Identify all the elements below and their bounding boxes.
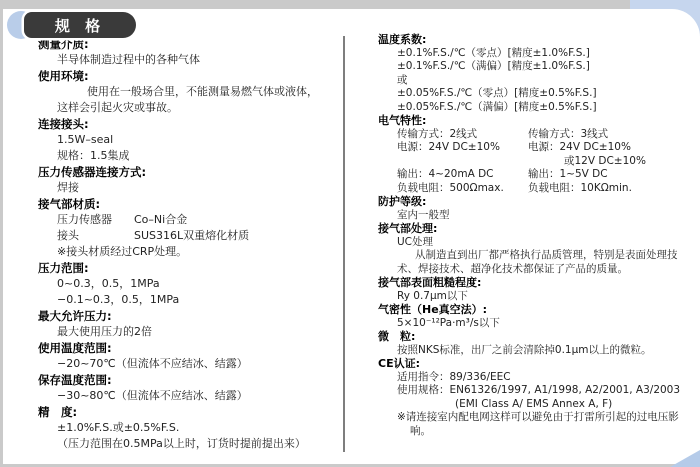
section-title: 接气部表面粗糙程度: <box>378 276 698 290</box>
section-line: 适用指令：89/336/EEC <box>378 371 698 385</box>
section-line: ±0.05%F.S./℃（满偏）[精度±0.5%F.S.] <box>378 101 698 115</box>
section-title: 防护等级: <box>378 195 698 209</box>
section-title: 使用环境: <box>38 68 336 84</box>
sec-particles: 微 粒: 按照NKS标准，出厂之前会清除掉0.1μm以上的微粒。 <box>378 330 698 357</box>
section-title: 温度系数: <box>378 33 698 47</box>
elec-cell <box>397 155 528 169</box>
elec-cell: 电源：24V DC±10% <box>528 141 698 155</box>
sec-gas-contact-treatment: 接气部处理: UC处理 从制造直到出厂都严格执行品质管理，特别是表面处理技术、焊… <box>378 222 698 276</box>
section-title: CE认证: <box>378 357 698 371</box>
corner-fold-decoration <box>670 450 700 467</box>
section-title: 最大允许压力: <box>38 308 336 324</box>
section-title: 压力范围: <box>38 260 336 276</box>
sec-storage-temp: 保存温度范围: −30~80℃（但流体不应结冰、结露） <box>38 372 336 404</box>
elec-cell: 传输方式：3线式 <box>528 128 698 142</box>
elec-cell: 输出：4~20mA DC <box>397 168 528 182</box>
electrical-table: 传输方式：2线式 传输方式：3线式 电源：24V DC±10% 电源：24V D… <box>378 128 698 196</box>
section-line: ±0.1%F.S./℃（零点）[精度±1.0%F.S.] <box>378 47 698 61</box>
sec-wetted-material: 接气部材质: 压力传感器 Co–Ni合金 接头 SUS316L双重熔化材质 ※接… <box>38 196 336 260</box>
sec-ce-certification: CE认证: 适用指令：89/336/EEC 使用规格：EN61326/1997,… <box>378 357 698 438</box>
elec-cell: 传输方式：2线式 <box>397 128 528 142</box>
section-line: 室内一般型 <box>378 209 698 223</box>
section-line: −20~70℃（但流体不应结冰、结露） <box>38 356 336 372</box>
section-line: 这样会引起火灾或事故。 <box>38 100 336 116</box>
section-title: 保存温度范围: <box>38 372 336 388</box>
section-line: ±0.1%F.S./℃（满偏）[精度±1.0%F.S.] <box>378 60 698 74</box>
section-title: 连接接头: <box>38 116 336 132</box>
section-line: ±1.0%F.S.或±0.5%F.S. <box>38 420 336 436</box>
right-column: 温度系数: ±0.1%F.S./℃（零点）[精度±1.0%F.S.] ±0.1%… <box>378 33 698 438</box>
section-title: 使用温度范围: <box>38 340 336 356</box>
section-line: （压力范围在0.5MPa以上时，订货时提前提出来） <box>38 436 336 452</box>
sec-connector: 连接接头: 1.5W–seal 规格：1.5集成 <box>38 116 336 164</box>
section-title: 气密性（He真空法）: <box>378 303 698 317</box>
section-paragraph: 从制造直到出厂都严格执行品质管理，特别是表面处理技术、焊接技术、超净化技术都保证… <box>378 249 698 276</box>
section-line: 压力传感器 Co–Ni合金 <box>38 212 336 228</box>
section-line: 使用规格：EN61326/1997, A1/1998, A2/2001, A3/… <box>378 384 698 398</box>
section-title: 电气特性: <box>378 114 698 128</box>
sec-airtightness: 气密性（He真空法）: 5×10⁻¹²Pa·m³/s以下 <box>378 303 698 330</box>
elec-cell: 电源：24V DC±10% <box>397 141 528 155</box>
sec-protection-class: 防护等级: 室内一般型 <box>378 195 698 222</box>
elec-cell: 负载电阻：10KΩmin. <box>528 182 698 196</box>
sec-sensor-connection: 压力传感器连接方式: 焊接 <box>38 164 336 196</box>
section-line: (EMI Class A/ EMS Annex A, F) <box>378 398 698 412</box>
section-title: 测量介质: <box>38 36 336 52</box>
page-title: 规 格 <box>24 12 136 38</box>
sec-electrical: 电气特性: 传输方式：2线式 传输方式：3线式 电源：24V DC±10% 电源… <box>378 114 698 195</box>
section-line: 1.5W–seal <box>38 132 336 148</box>
section-line: 接头 SUS316L双重熔化材质 <box>38 228 336 244</box>
section-title: 压力传感器连接方式: <box>38 164 336 180</box>
section-line: 规格：1.5集成 <box>38 148 336 164</box>
section-title: 精 度: <box>38 404 336 420</box>
section-line: Ry 0.7μm以下 <box>378 290 698 304</box>
sec-surface-roughness: 接气部表面粗糙程度: Ry 0.7μm以下 <box>378 276 698 303</box>
elec-cell: 负载电阻：500Ωmax. <box>397 182 528 196</box>
sec-pressure-range: 压力范围: 0~0.3，0.5，1MPa −0.1~0.3，0.5，1MPa <box>38 260 336 308</box>
section-title: 接气部材质: <box>38 196 336 212</box>
section-line: 0~0.3，0.5，1MPa <box>38 276 336 292</box>
sec-accuracy: 精 度: ±1.0%F.S.或±0.5%F.S. （压力范围在0.5MPa以上时… <box>38 404 336 452</box>
left-column: 测量介质: 半导体制造过程中的各种气体 使用环境: 使用在一般场合里，不能测量易… <box>38 36 336 452</box>
section-note: ※请连接室内配电网这样可以避免由于打雷所引起的过电压影响。 <box>378 411 698 438</box>
elec-cell: 输出：1~5V DC <box>528 168 698 182</box>
section-line: 焊接 <box>38 180 336 196</box>
section-line: ±0.05%F.S./℃（零点）[精度±0.5%F.S.] <box>378 87 698 101</box>
section-line: −0.1~0.3，0.5，1MPa <box>38 292 336 308</box>
elec-cell: 或12V DC±10% <box>528 155 698 169</box>
section-line: 半导体制造过程中的各种气体 <box>38 52 336 68</box>
section-line: 5×10⁻¹²Pa·m³/s以下 <box>378 317 698 331</box>
section-line: UC处理 <box>378 236 698 250</box>
section-title: 接气部处理: <box>378 222 698 236</box>
section-line: ※接头材质经过CRP处理。 <box>38 244 336 260</box>
sec-measuring-medium: 测量介质: 半导体制造过程中的各种气体 <box>38 36 336 68</box>
page-title-label: 规 格 <box>55 15 105 36</box>
sec-temp-coefficient: 温度系数: ±0.1%F.S./℃（零点）[精度±1.0%F.S.] ±0.1%… <box>378 33 698 114</box>
section-line: 按照NKS标准，出厂之前会清除掉0.1μm以上的微粒。 <box>378 344 698 358</box>
sec-operating-temp: 使用温度范围: −20~70℃（但流体不应结冰、结露） <box>38 340 336 372</box>
section-line: 使用在一般场合里，不能测量易燃气体或液体， <box>38 84 336 100</box>
section-line: −30~80℃（但流体不应结冰、结露） <box>38 388 336 404</box>
column-divider <box>343 36 345 452</box>
sec-environment: 使用环境: 使用在一般场合里，不能测量易燃气体或液体， 这样会引起火灾或事故。 <box>38 68 336 116</box>
sec-max-pressure: 最大允许压力: 最大使用压力的2倍 <box>38 308 336 340</box>
section-line: 最大使用压力的2倍 <box>38 324 336 340</box>
section-title: 微 粒: <box>378 330 698 344</box>
section-line: 或 <box>378 74 698 88</box>
